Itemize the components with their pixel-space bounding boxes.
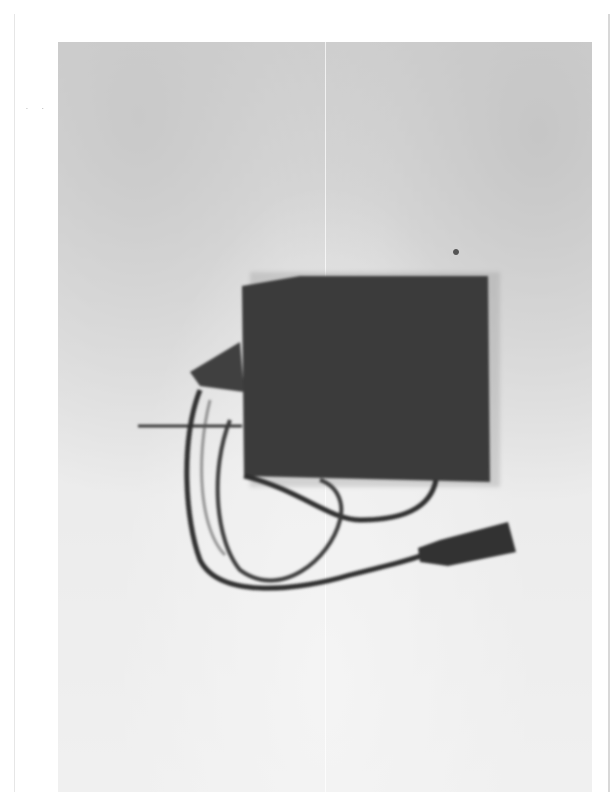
power-adapter-icon	[0, 0, 612, 792]
